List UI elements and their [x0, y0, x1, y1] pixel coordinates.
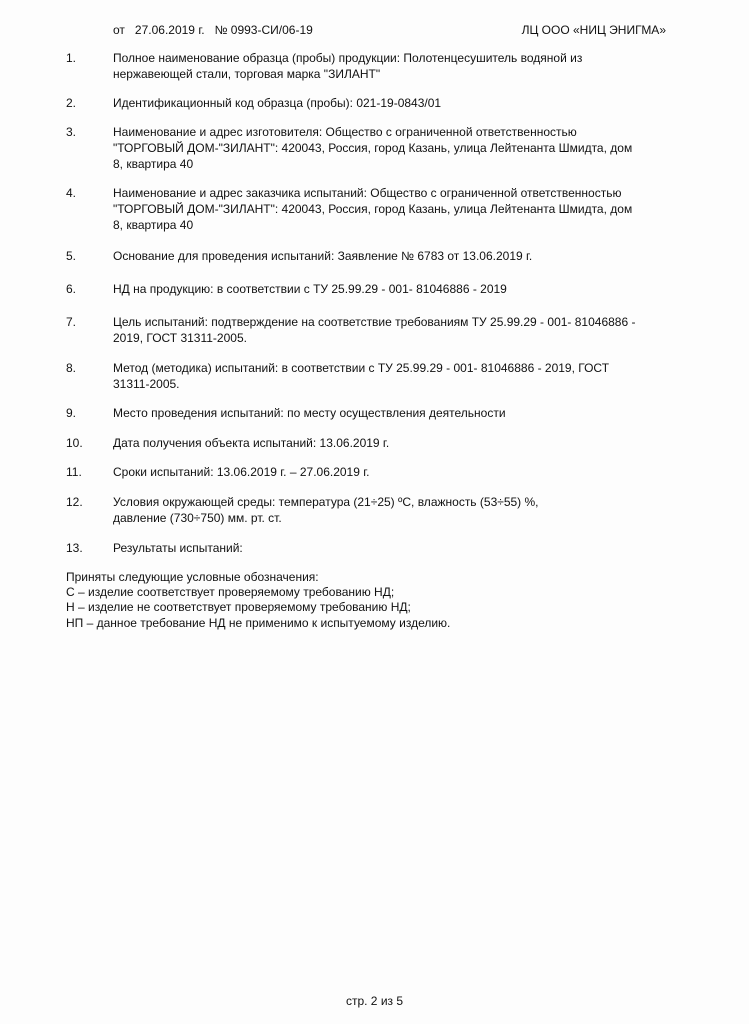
- protocol-date-number: от 27.06.2019 г. № 0993-СИ/06-19: [113, 22, 313, 38]
- item-text: Сроки испытаний: 13.06.2019 г. – 27.06.2…: [113, 464, 688, 480]
- document-page: от 27.06.2019 г. № 0993-СИ/06-19 ЛЦ ООО …: [0, 0, 749, 1024]
- item-text: Идентификационный код образца (пробы): 0…: [113, 95, 688, 111]
- page-number: стр. 2 из 5: [0, 993, 749, 1009]
- item-number: 3.: [66, 124, 106, 140]
- legend-block: Приняты следующие условные обозначения: …: [66, 570, 666, 631]
- legend-line-conforms: С – изделие соответствует проверяемому т…: [66, 585, 666, 600]
- protocol-date: 27.06.2019 г.: [135, 23, 205, 37]
- item-text: Дата получения объекта испытаний: 13.06.…: [113, 435, 688, 451]
- item-text: Наименование и адрес изготовителя: Общес…: [113, 124, 688, 173]
- item-text: Основание для проведения испытаний: Заяв…: [113, 248, 688, 264]
- item-number: 13.: [66, 540, 106, 556]
- legend-line-not-applicable: НП – данное требование НД не применимо к…: [66, 616, 666, 631]
- item-text: Условия окружающей среды: температура (2…: [113, 494, 688, 526]
- date-prefix: от: [113, 23, 125, 37]
- item-text: Место проведения испытаний: по месту осу…: [113, 405, 688, 421]
- item-number: 7.: [66, 314, 106, 330]
- item-number: 5.: [66, 248, 106, 264]
- item-text: Цель испытаний: подтверждение на соответ…: [113, 314, 688, 346]
- item-number: 8.: [66, 360, 106, 376]
- item-number: 9.: [66, 405, 106, 421]
- document-header: от 27.06.2019 г. № 0993-СИ/06-19 ЛЦ ООО …: [113, 22, 666, 38]
- legend-line-not-conforms: Н – изделие не соответствует проверяемом…: [66, 600, 666, 615]
- item-number: 1.: [66, 50, 106, 66]
- legend-title: Приняты следующие условные обозначения:: [66, 570, 666, 585]
- item-text: Полное наименование образца (пробы) прод…: [113, 50, 688, 82]
- item-text: Результаты испытаний:: [113, 540, 688, 556]
- item-number: 4.: [66, 185, 106, 201]
- protocol-number: № 0993-СИ/06-19: [215, 23, 313, 37]
- item-text: Наименование и адрес заказчика испытаний…: [113, 185, 688, 234]
- item-text: Метод (методика) испытаний: в соответств…: [113, 360, 688, 392]
- item-text: НД на продукцию: в соответствии с ТУ 25.…: [113, 281, 688, 297]
- item-number: 6.: [66, 281, 106, 297]
- item-number: 11.: [66, 464, 106, 480]
- item-number: 2.: [66, 95, 106, 111]
- item-number: 10.: [66, 435, 106, 451]
- lab-name: ЛЦ ООО «НИЦ ЭНИГМА»: [522, 22, 666, 38]
- item-number: 12.: [66, 494, 106, 510]
